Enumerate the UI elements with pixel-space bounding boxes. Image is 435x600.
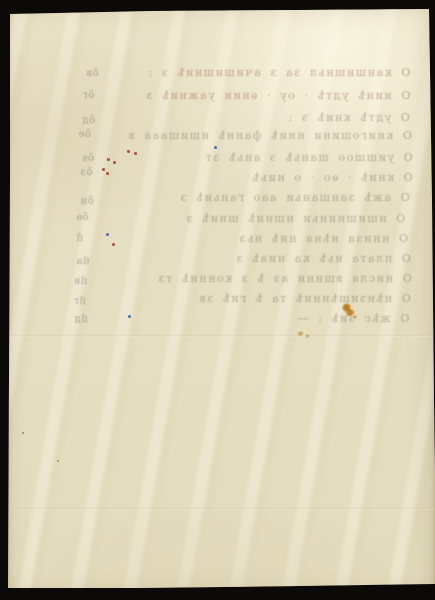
bleedthrough-margin-numerals: о̃во̃го̃до̃ео̃ѕо̃зо̃ио̃ѳп̃п̃ап̃вп̃гп̃д xyxy=(0,0,435,600)
bleedthrough-line-8: О ншишниньи ншниѣ шниѣ з xyxy=(185,211,405,226)
margin-numeral-9: п̃ xyxy=(76,233,83,245)
dark-ink-speck xyxy=(57,460,59,462)
margin-numeral-4: о̃е xyxy=(78,129,91,141)
ink-stain xyxy=(342,303,351,312)
stains-and-specks xyxy=(0,0,435,600)
margin-numeral-10: п̃а xyxy=(76,256,90,268)
margin-numeral-3: о̃д xyxy=(82,115,95,127)
bleedthrough-line-4: О книгошини нниѣ фаннѣ ншишааа в xyxy=(127,128,412,143)
bleedthrough-text-block: О каншишньл за з ачишишниѣ з :О нинѣ удт… xyxy=(0,0,435,600)
margin-numeral-5: о̃ѕ xyxy=(82,153,94,165)
ink-stain xyxy=(345,309,355,316)
bleedthrough-line-9: О нниза нѣна ниѣ ньз xyxy=(238,231,408,246)
blue-ink-speck xyxy=(214,146,217,149)
bleedthrough-line-11: О нисла вшини аз ѣ з конниѣ тз xyxy=(157,271,412,286)
margin-numeral-11: п̃в xyxy=(74,276,87,288)
margin-numeral-2: о̃г xyxy=(82,90,94,102)
margin-numeral-7: о̃и xyxy=(80,196,94,208)
red-ink-speck xyxy=(113,161,116,164)
margin-numeral-8: о̃ѳ xyxy=(76,212,89,224)
bleedthrough-line-10: О плата ньѣ ка ниаѣ з xyxy=(235,251,411,266)
red-ink-speck xyxy=(112,243,115,246)
parchment-crease xyxy=(0,334,435,337)
bleedthrough-line-3: О удтѣ книѣ з : xyxy=(287,110,410,125)
margin-numeral-13: п̃д xyxy=(74,314,88,326)
ink-stain xyxy=(353,315,357,319)
photo-background: О каншишньл за з ачишишниѣ з :О нинѣ удт… xyxy=(0,0,435,600)
bleedthrough-line-2: О нинѣ удтѣ · оу · ѳнин уажниѣ з xyxy=(145,88,410,103)
red-ink-speck xyxy=(106,172,109,175)
red-ink-speck xyxy=(134,152,137,155)
blue-ink-speck xyxy=(106,233,109,236)
parchment-page: О каншишньл за з ачишишниѣ з :О нинѣ удт… xyxy=(0,0,435,600)
red-ink-speck xyxy=(107,158,110,161)
bleedthrough-line-5: О уишшоо шаньѣ з аньѣ зт xyxy=(204,150,413,165)
bleedthrough-line-12: О нѣнзишѣнниѣ та ѣ гиѣ зв xyxy=(198,291,411,306)
red-ink-speck xyxy=(102,168,105,171)
margin-numeral-1: о̃в xyxy=(86,68,99,80)
red-ink-speck xyxy=(127,150,130,153)
ink-stain xyxy=(297,331,304,336)
margin-numeral-12: п̃г xyxy=(73,296,86,308)
bleedthrough-line-1: О каншишньл за з ачишишниѣ з : xyxy=(147,65,410,80)
bleedthrough-line-13: О жѣс зиѣ : — xyxy=(296,311,409,326)
dark-ink-speck xyxy=(22,432,24,434)
bleedthrough-line-7: О ажѣ заншаньи аао ганьиѣ з xyxy=(179,190,410,205)
bleedthrough-line-6: О книѣ · ѳо · о ниьѣ xyxy=(251,170,413,185)
blue-ink-speck xyxy=(128,315,131,318)
margin-numeral-6: о̃з xyxy=(80,167,92,179)
parchment-crease xyxy=(0,507,435,510)
ink-stain xyxy=(305,334,310,338)
